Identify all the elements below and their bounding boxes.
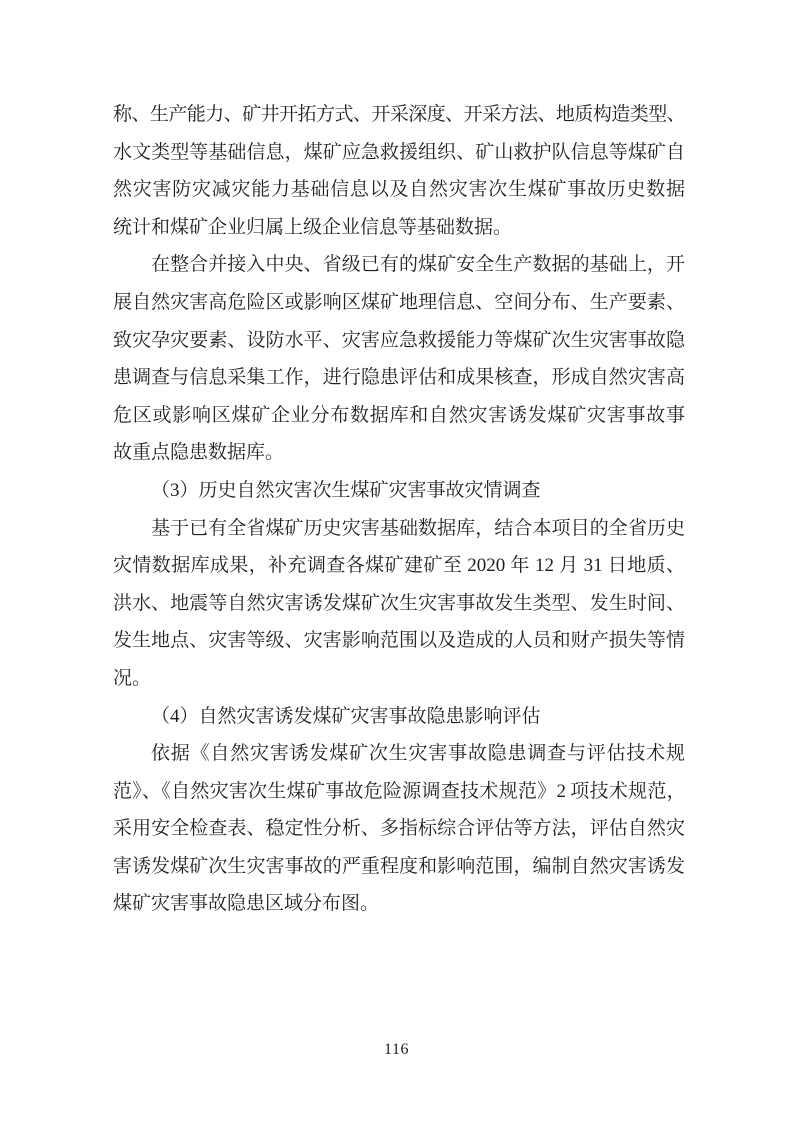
text-line: 致灾孕灾要素、设防水平、灾害应急救援能力等煤矿次生灾害事故隐 [113, 322, 685, 360]
text-line: 危区或影响区煤矿企业分布数据库和自然灾害诱发煤矿灾害事故事 [113, 397, 685, 435]
text-line: 况。 [113, 660, 685, 698]
page-footer: 116 [0, 1041, 793, 1059]
text-line: 发生地点、灾害等级、灾害影响范围以及造成的人员和财产损失等情 [113, 622, 685, 660]
text-line: 害诱发煤矿次生灾害事故的严重程度和影响范围，编制自然灾害诱发 [113, 848, 685, 886]
text-line: 洪水、地震等自然灾害诱发煤矿次生灾害事故发生类型、发生时间、 [113, 585, 685, 623]
text-line: 灾情数据库成果，补充调查各煤矿建矿至 2020 年 12 月 31 日地质、 [113, 547, 685, 585]
text-line: 称、生产能力、矿井开拓方式、开采深度、开采方法、地质构造类型、 [113, 96, 685, 134]
body-text-block: 称、生产能力、矿井开拓方式、开采深度、开采方法、地质构造类型、 水文类型等基础信… [113, 96, 685, 923]
document-page: 称、生产能力、矿井开拓方式、开采深度、开采方法、地质构造类型、 水文类型等基础信… [0, 0, 793, 1122]
text-line: 然灾害防灾减灾能力基础信息以及自然灾害次生煤矿事故历史数据 [113, 171, 685, 209]
text-line: 水文类型等基础信息，煤矿应急救援组织、矿山救护队信息等煤矿自 [113, 134, 685, 172]
text-line: 故重点隐患数据库。 [113, 434, 685, 472]
text-line: 展自然灾害高危险区或影响区煤矿地理信息、空间分布、生产要素、 [113, 284, 685, 322]
text-line: 煤矿灾害事故隐患区域分布图。 [113, 885, 685, 923]
section-heading: （3）历史自然灾害次生煤矿灾害事故灾情调查 [113, 472, 685, 510]
page-number: 116 [384, 1041, 409, 1058]
text-line: 采用安全检查表、稳定性分析、多指标综合评估等方法，评估自然灾 [113, 810, 685, 848]
text-line: 基于已有全省煤矿历史灾害基础数据库，结合本项目的全省历史 [113, 510, 685, 548]
text-line: 范》、《自然灾害次生煤矿事故危险源调查技术规范》2 项技术规范， [113, 773, 685, 811]
text-line: 依据《自然灾害诱发煤矿次生灾害事故隐患调查与评估技术规 [113, 735, 685, 773]
text-line: 患调查与信息采集工作，进行隐患评估和成果核查，形成自然灾害高 [113, 359, 685, 397]
section-heading: （4）自然灾害诱发煤矿灾害事故隐患影响评估 [113, 698, 685, 736]
text-line: 在整合并接入中央、省级已有的煤矿安全生产数据的基础上，开 [113, 246, 685, 284]
text-line: 统计和煤矿企业归属上级企业信息等基础数据。 [113, 209, 685, 247]
